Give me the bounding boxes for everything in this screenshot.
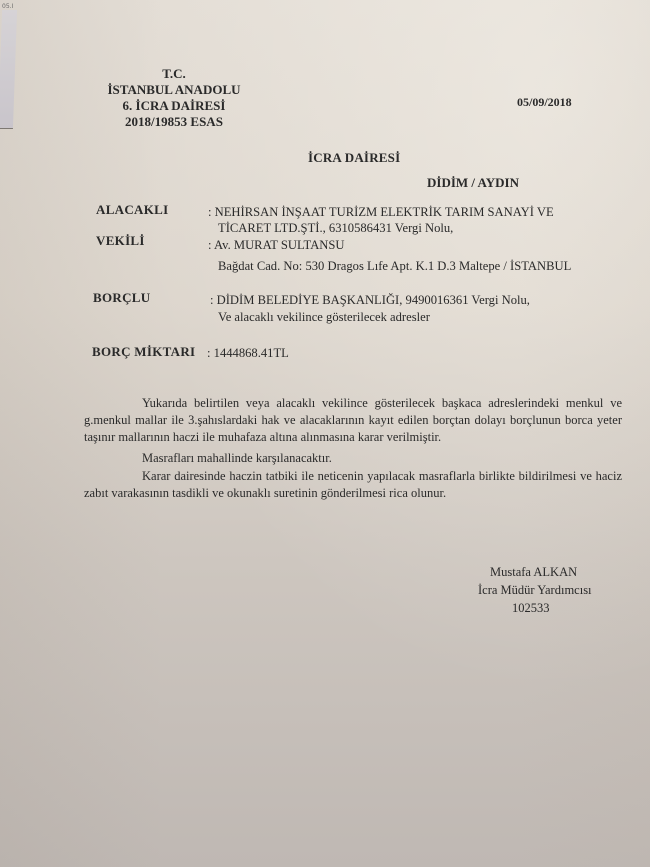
- body-paragraph-expenses: Masrafları mahallinde karşılanacaktır.: [84, 450, 622, 467]
- debtor-label: BORÇLU: [93, 290, 150, 306]
- header-line-city: İSTANBUL ANADOLU: [100, 82, 248, 98]
- debt-amount-label: BORÇ MİKTARI: [92, 344, 195, 360]
- signatory-title: İcra Müdür Yardımcısı: [478, 581, 610, 599]
- creditor-label: ALACAKLI: [96, 202, 168, 218]
- signatory-id: 102533: [478, 599, 610, 617]
- document-date: 05/09/2018: [517, 95, 572, 110]
- creditor-tax-id: TİCARET LTD.ŞTİ., 6310586431 Vergi Nolu,: [218, 220, 453, 237]
- attorney-label: VEKİLİ: [96, 233, 145, 249]
- header-line-office: 6. İCRA DAİRESİ: [100, 98, 248, 114]
- body-paragraph-request: Karar dairesinde haczin tatbiki ile neti…: [84, 468, 622, 502]
- recipient-location: DİDİM / AYDIN: [427, 175, 519, 191]
- attorney-name: : Av. MURAT SULTANSU: [208, 237, 345, 254]
- debt-amount-value: : 1444868.41TL: [207, 345, 289, 362]
- corner-label: 05.I: [2, 3, 13, 10]
- creditor-name: : NEHİRSAN İNŞAAT TURİZM ELEKTRİK TARIM …: [208, 204, 554, 221]
- underlying-sheet-edge: [0, 10, 17, 129]
- issuing-office-header: T.C. İSTANBUL ANADOLU 6. İCRA DAİRESİ 20…: [100, 66, 248, 130]
- debtor-addresses: Ve alacaklı vekilince gösterilecek adres…: [218, 309, 430, 326]
- header-line-case-number: 2018/19853 ESAS: [100, 114, 248, 130]
- attorney-address: Bağdat Cad. No: 530 Dragos Lıfe Apt. K.1…: [218, 258, 571, 275]
- signature-block: Mustafa ALKAN İcra Müdür Yardımcısı 1025…: [478, 563, 610, 617]
- header-line-country: T.C.: [100, 66, 248, 82]
- debtor-name: : DİDİM BELEDİYE BAŞKANLIĞI, 9490016361 …: [210, 292, 530, 309]
- signatory-name: Mustafa ALKAN: [478, 563, 610, 581]
- body-paragraph-seizure-order: Yukarıda belirtilen veya alacaklı vekili…: [84, 395, 622, 446]
- recipient-office: İCRA DAİRESİ: [308, 150, 400, 166]
